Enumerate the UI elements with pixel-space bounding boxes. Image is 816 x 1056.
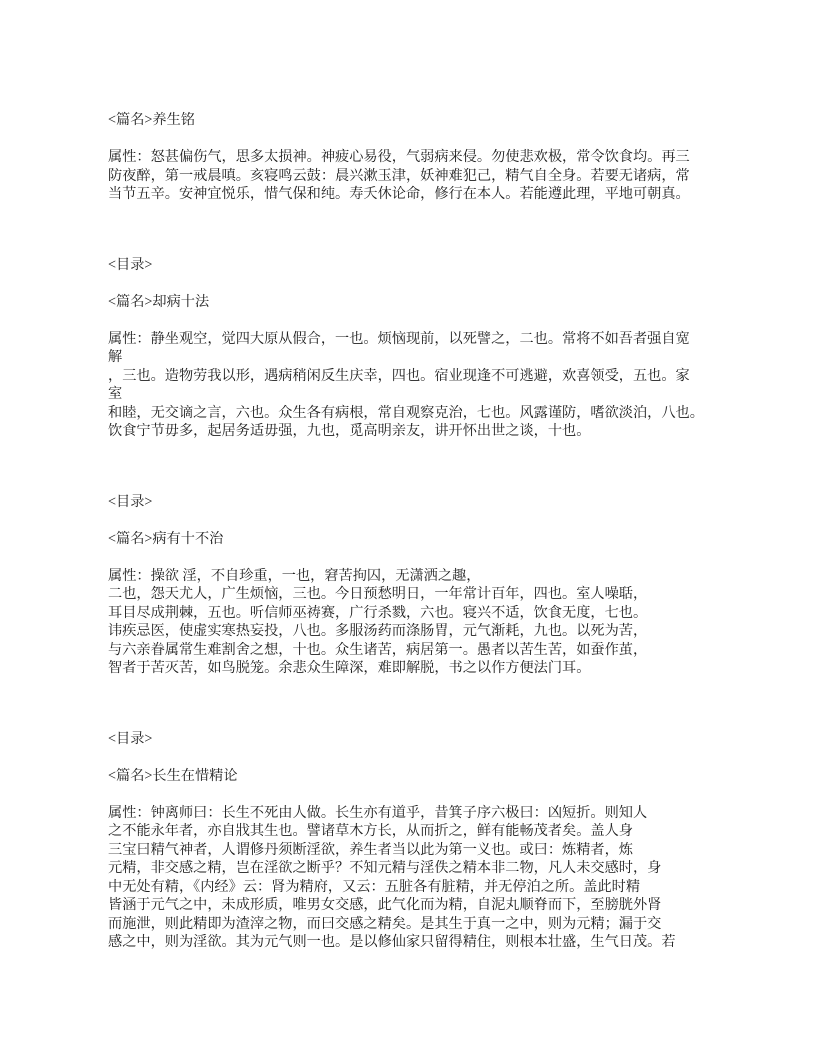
section-body-text: 属性：怒甚偏伤气，思多太损神。神疲心易役，气弱病来侵。勿使悲欢极，常令饮食均。再… — [108, 148, 716, 204]
toc-marker: <目录> — [108, 730, 716, 749]
section-yangsheng-ming: <篇名>养生铭 属性：怒甚偏伤气，思多太损神。神疲心易役，气弱病来侵。勿使悲欢极… — [108, 111, 716, 204]
section-body-text: 属性：静坐观空，觉四大原从假合，一也。烦恼现前，以死譬之，二也。常将不如吾者强自… — [108, 330, 716, 441]
section-bingyou-shibuzhi: <目录> <篇名>病有十不治 属性：操欲 淫，不自珍重，一也，窘苦拘囚，无潇洒之… — [108, 493, 716, 678]
section-changsheng-xijing-lun: <目录> <篇名>长生在惜精论 属性：钟离师曰：长生不死由人做。长生亦有道乎，昔… — [108, 730, 716, 952]
section-body-text: 属性：钟离师曰：长生不死由人做。长生亦有道乎，昔箕子序六极曰：凶短折。则知人 之… — [108, 804, 716, 952]
document-page: <篇名>养生铭 属性：怒甚偏伤气，思多太损神。神疲心易役，气弱病来侵。勿使悲欢极… — [0, 0, 816, 1056]
toc-marker: <目录> — [108, 493, 716, 512]
section-title-tag: <篇名>长生在惜精论 — [108, 767, 716, 786]
section-body-text: 属性：操欲 淫，不自珍重，一也，窘苦拘囚，无潇洒之趣， 二也，怨天尤人，广生烦恼… — [108, 567, 716, 678]
section-quebing-shifa: <目录> <篇名>却病十法 属性：静坐观空，觉四大原从假合，一也。烦恼现前，以死… — [108, 256, 716, 441]
toc-marker: <目录> — [108, 256, 716, 275]
section-title-tag: <篇名>病有十不治 — [108, 530, 716, 549]
section-title-tag: <篇名>却病十法 — [108, 293, 716, 312]
section-title-tag: <篇名>养生铭 — [108, 111, 716, 130]
